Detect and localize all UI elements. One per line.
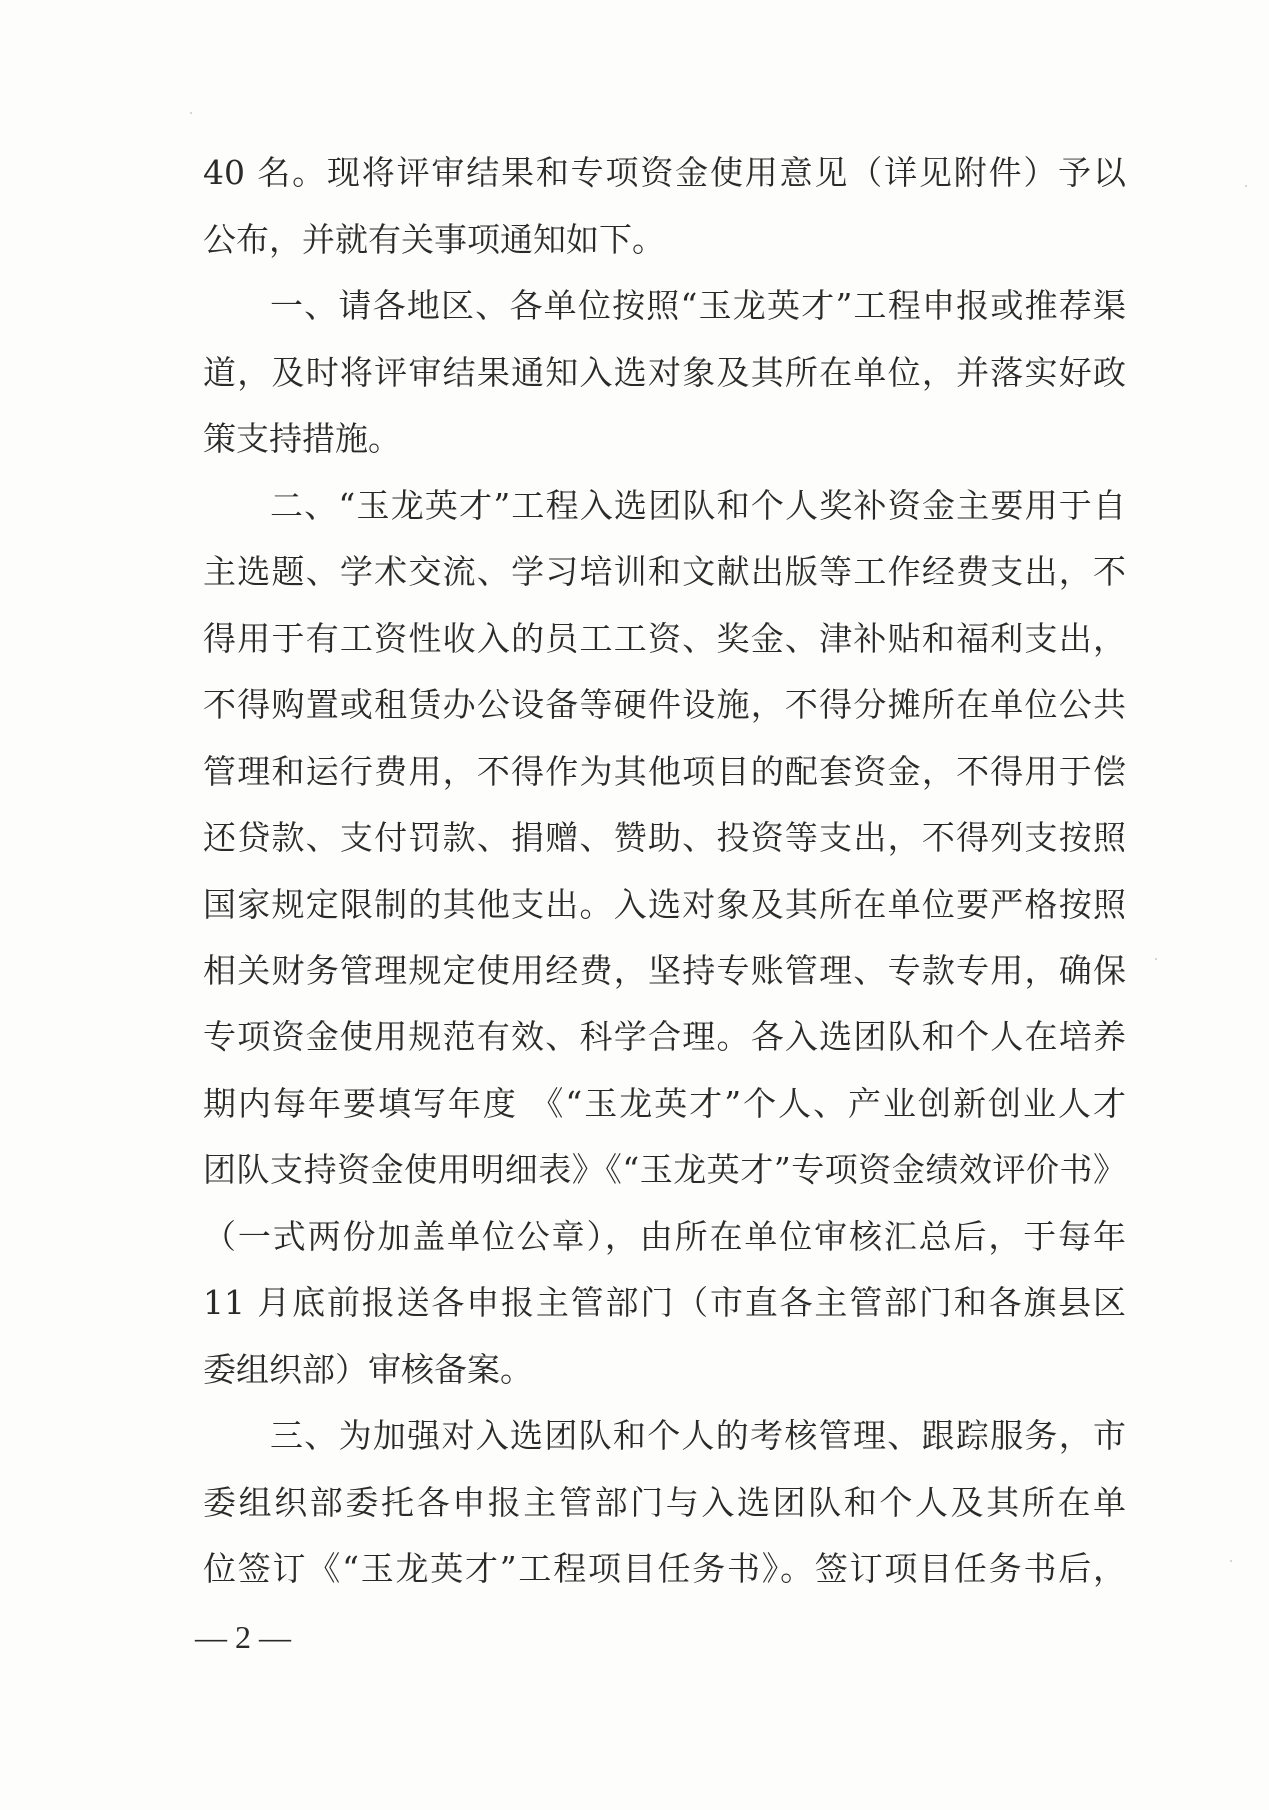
body-line-14: 专项资金使用规范有效、科学合理。各入选团队和个人在培养	[203, 1012, 1126, 1062]
document-page: 40 名。现将评审结果和专项资金使用意见（详见附件）予以 公布，并就有关事项通知…	[0, 0, 1269, 1810]
body-line-11: 还贷款、支付罚款、捐赠、赞助、投资等支出，不得列支按照	[203, 813, 1126, 863]
scan-speck	[1155, 958, 1157, 960]
scan-speck	[1230, 1560, 1232, 1562]
body-line-13: 相关财务管理规定使用经费，坚持专账管理、专款专用，确保	[203, 946, 1126, 996]
body-line-1: 40 名。现将评审结果和专项资金使用意见（详见附件）予以	[203, 148, 1126, 198]
body-line-9: 不得购置或租赁办公设备等硬件设施，不得分摊所在单位公共	[203, 680, 1126, 730]
section-3-heading-line: 三、为加强对入选团队和个人的考核管理、跟踪服务，市	[270, 1411, 1126, 1461]
page-number: — 2 —	[195, 1615, 291, 1659]
body-line-19: 委组织部）审核备案。	[203, 1345, 1126, 1395]
body-line-10: 管理和运行费用，不得作为其他项目的配套资金，不得用于偿	[203, 747, 1126, 797]
body-line-22: 位签订《“玉龙英才”工程项目任务书》。签订项目任务书后，	[203, 1544, 1126, 1594]
body-line-17: （一式两份加盖单位公章），由所在单位审核汇总后，于每年	[203, 1212, 1126, 1262]
body-line-5: 策支持措施。	[203, 414, 1126, 464]
scan-speck	[1245, 185, 1247, 187]
body-line-18: 11 月底前报送各申报主管部门（市直各主管部门和各旗县区	[203, 1278, 1126, 1328]
section-2-heading-line: 二、“玉龙英才”工程入选团队和个人奖补资金主要用于自	[270, 481, 1126, 531]
scan-speck	[190, 112, 192, 114]
body-line-8: 得用于有工资性收入的员工工资、奖金、津补贴和福利支出，	[203, 614, 1126, 664]
body-line-15: 期内每年要填写年度 《“玉龙英才”个人、产业创新创业人才	[203, 1079, 1126, 1129]
section-1-heading-line: 一、请各地区、各单位按照“玉龙英才”工程申报或推荐渠	[270, 281, 1126, 331]
body-line-16: 团队支持资金使用明细表》《“玉龙英才”专项资金绩效评价书》	[203, 1145, 1126, 1195]
body-line-7: 主选题、学术交流、学习培训和文献出版等工作经费支出，不	[203, 547, 1126, 597]
body-line-2: 公布，并就有关事项通知如下。	[203, 215, 1126, 265]
body-line-4: 道，及时将评审结果通知入选对象及其所在单位，并落实好政	[203, 348, 1126, 398]
body-line-21: 委组织部委托各申报主管部门与入选团队和个人及其所在单	[203, 1478, 1126, 1528]
body-line-12: 国家规定限制的其他支出。入选对象及其所在单位要严格按照	[203, 880, 1126, 930]
